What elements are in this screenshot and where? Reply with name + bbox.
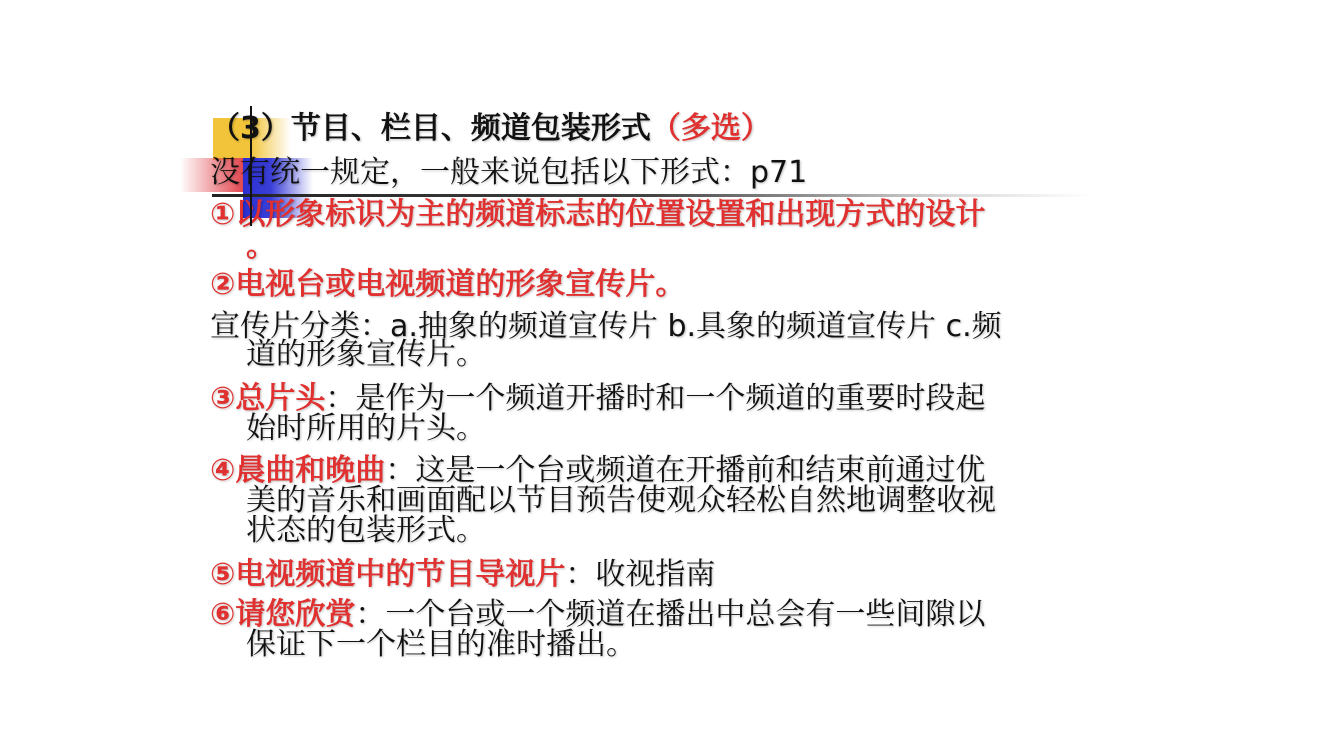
- item-5: ⑤电视频道中的节目导视片：收视指南: [210, 558, 715, 592]
- item-1: ①以形象标识为主的频道标志的位置设置和出现方式的设计: [210, 198, 985, 232]
- item-body-line: 保证下一个栏目的准时播出。: [210, 628, 636, 662]
- item-body-line: 道的形象宣传片。: [210, 338, 486, 372]
- item-marker: ③: [210, 381, 235, 416]
- item-heading: 电视台或电视频道的形象宣传片。: [235, 267, 685, 302]
- title-prefix: （: [210, 111, 240, 146]
- decor-vertical-rule: [250, 106, 252, 226]
- item-marker: ④: [210, 453, 235, 488]
- item-body-line: 始时所用的片头。: [210, 412, 486, 446]
- item-marker: ⑥: [210, 597, 235, 632]
- item-heading: 电视频道中的节目导视片: [235, 557, 565, 592]
- item-body-line: 状态的包装形式。: [210, 514, 486, 548]
- item-separator: ：: [565, 557, 595, 592]
- item-body-line: 收视指南: [595, 557, 715, 592]
- slide-title: （3）节目、栏目、频道包装形式（多选）: [210, 112, 771, 146]
- item-heading: 以形象标识为主的频道标志的位置设置和出现方式的设计: [235, 197, 985, 232]
- item-marker: ⑤: [210, 557, 235, 592]
- intro-text: 没有统一规定，一般来说包括以下形式：p71: [210, 156, 807, 190]
- item-marker: ①: [210, 197, 235, 232]
- title-note: （多选）: [651, 111, 771, 146]
- item-marker: ②: [210, 267, 235, 302]
- item-1-cont: 。: [210, 230, 276, 264]
- item-2: ②电视台或电视频道的形象宣传片。: [210, 268, 685, 302]
- title-text: ）节目、栏目、频道包装形式: [261, 111, 651, 146]
